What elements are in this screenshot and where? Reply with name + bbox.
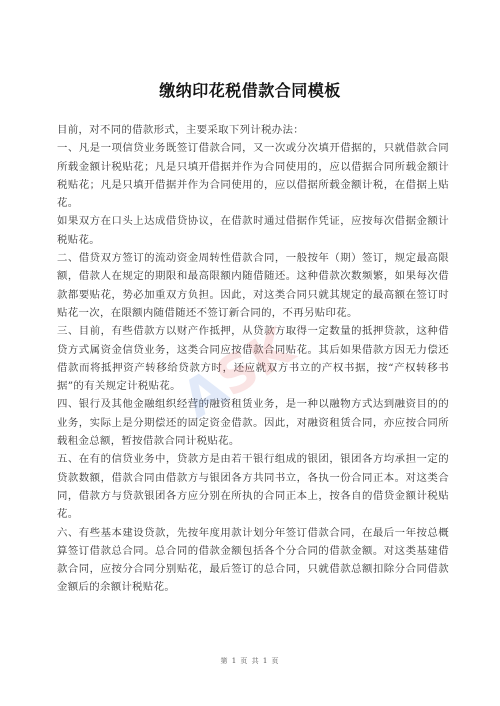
document-body: 目前，对不同的借款形式，主要采取下列计税办法： 一、凡是一项信贷业务既签订借款合… [57, 121, 449, 597]
paragraph-4: 四、银行及其他金融组织经营的融资租赁业务，是一种以融物方式达到融资目的的业务，实… [57, 395, 449, 450]
paragraph-3: 三、目前，有些借款方以财产作抵押，从贷款方取得一定数量的抵押贷款，这种借贷方式属… [57, 322, 449, 395]
paragraph-1-oral: 如果双方在口头上达成借贷协议，在借款时通过借据作凭证，应按每次借据金额计税贴花。 [57, 212, 449, 249]
document-page: 缴纳印花税借款合同模板 目前，对不同的借款形式，主要采取下列计税办法： 一、凡是… [0, 0, 500, 706]
page-footer: 第 1 页 共 1 页 [0, 656, 500, 666]
paragraph-intro: 目前，对不同的借款形式，主要采取下列计税办法： [57, 121, 449, 139]
paragraph-1: 一、凡是一项信贷业务既签订借款合同，又一次或分次填开借据的，只就借款合同所载金额… [57, 139, 449, 212]
paragraph-6: 六、有些基本建设贷款，先按年度用款计划分年签订借款合同，在最后一年按总概算签订借… [57, 524, 449, 597]
paragraph-2: 二、借贷双方签订的流动资金周转性借款合同，一般按年（期）签订，规定最高限额，借款… [57, 249, 449, 322]
paragraph-5: 五、在有的信贷业务中，贷款方是由若干银行组成的银团，银团各方均承担一定的贷款数额… [57, 450, 449, 523]
document-title: 缴纳印花税借款合同模板 [0, 78, 500, 101]
